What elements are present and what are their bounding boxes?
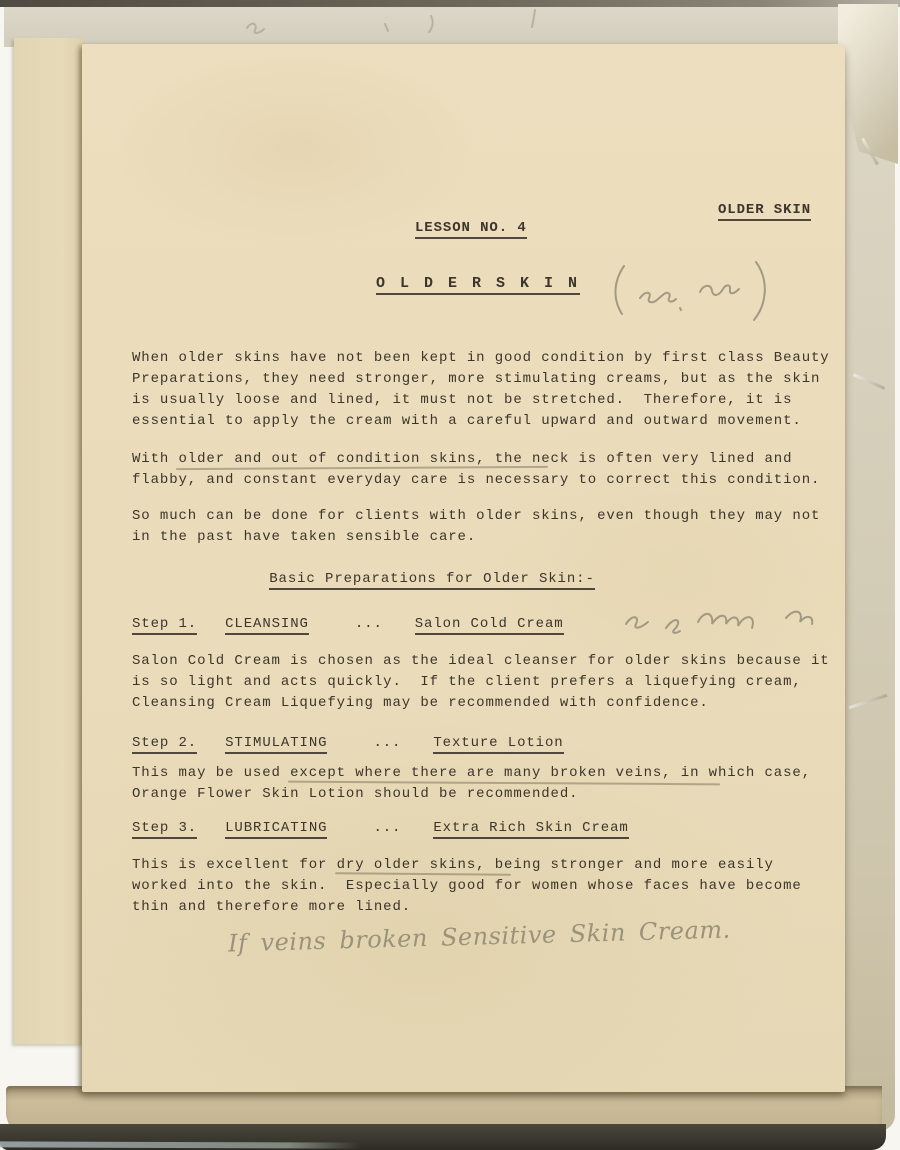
section-heading-text: Basic Preparations for Older Skin:- xyxy=(269,571,595,590)
document-title-text: O L D E R S K I N xyxy=(376,275,580,295)
page-header-text: OLDER SKIN xyxy=(718,202,811,221)
step-1-heading: Step 1.CLEANSING...Salon Cold Cream xyxy=(132,616,564,632)
handwritten-title-note-scribble xyxy=(606,256,778,328)
handwritten-bottom-note: If veins broken Sensitive Skin Cream. xyxy=(228,914,769,957)
scanned-document-photo: OLDER SKIN LESSON NO. 4 O L D E R S K I … xyxy=(0,0,900,1150)
step-3-keyword: LUBRICATING xyxy=(225,820,327,839)
intro-paragraph-3: So much can be done for clients with old… xyxy=(132,506,820,548)
section-heading: Basic Preparations for Older Skin:- xyxy=(82,571,782,587)
faint-pencil-marks xyxy=(235,4,565,40)
intro-paragraph-2: With older and out of condition skins, t… xyxy=(132,449,820,491)
document-title: O L D E R S K I N xyxy=(376,275,580,292)
handwritten-step1-note-scribble xyxy=(618,594,828,650)
step-3-dots: ... xyxy=(373,820,401,836)
step-3-label: Step 3. xyxy=(132,820,197,839)
step-1-product: Salon Cold Cream xyxy=(415,616,564,635)
step-2-dots: ... xyxy=(373,735,401,751)
step-2-keyword: STIMULATING xyxy=(225,735,327,754)
underlying-page-left-edge xyxy=(14,38,84,1044)
scan-bottom-highlight xyxy=(0,1141,360,1148)
step-2-label: Step 2. xyxy=(132,735,197,754)
backing-page-right-edge xyxy=(843,7,895,1131)
step-3-heading: Step 3.LUBRICATING...Extra Rich Skin Cre… xyxy=(132,820,629,836)
document-page: OLDER SKIN LESSON NO. 4 O L D E R S K I … xyxy=(82,44,845,1092)
step-1-label: Step 1. xyxy=(132,616,197,635)
step-2-heading: Step 2.STIMULATING...Texture Lotion xyxy=(132,735,564,751)
step-3-body: This is excellent for dry older skins, b… xyxy=(132,855,802,918)
step-1-keyword: CLEANSING xyxy=(225,616,309,635)
step-2-product: Texture Lotion xyxy=(433,735,563,754)
lesson-number-text: LESSON NO. 4 xyxy=(415,220,527,239)
intro-paragraph-1: When older skins have not been kept in g… xyxy=(132,348,830,432)
step-1-dots: ... xyxy=(355,616,383,632)
step-1-body: Salon Cold Cream is chosen as the ideal … xyxy=(132,651,830,714)
page-header-label: OLDER SKIN xyxy=(718,202,811,218)
lesson-number-title: LESSON NO. 4 xyxy=(415,220,527,236)
step-3-product: Extra Rich Skin Cream xyxy=(433,820,628,839)
